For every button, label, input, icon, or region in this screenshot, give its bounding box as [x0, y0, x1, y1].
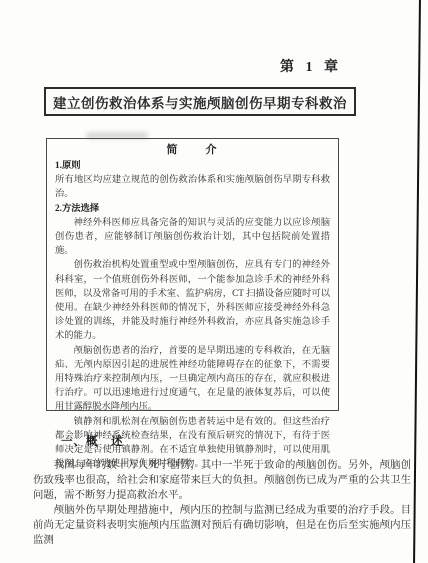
method-selection-label: 2.方法选择 [55, 202, 330, 216]
chapter-title: 建立创伤救治体系与实施颅脑创伤早期专科救治 [53, 92, 347, 112]
intro-paragraph: 神经外科医师应具备完备的知识与灵活的应变能力以应诊颅脑创伤患者，应能够制订颅脑创… [55, 216, 330, 259]
page-edge-scan-line [413, 0, 421, 563]
chapter-label: 第 1 章 [280, 56, 342, 76]
introduction-heading: 简 介 [55, 142, 330, 158]
overview-heading: 一、概 述 [61, 433, 411, 449]
chapter-title-box: 建立创伤救治体系与实施颅脑创伤早期专科救治 [44, 87, 356, 116]
principle-text: 所有地区均应建立规范的创伤救治体系和实施颅脑创伤早期专科救治。 [55, 173, 330, 201]
body-paragraph: 我国每年约数十万人死于创伤，其中一半死于致命的颅脑创伤。另外，颅脑创伤致残率也很… [33, 458, 411, 503]
intro-paragraph: 创伤救治机构处置重型或中型颅脑创伤，应具有专门的神经外科科室，一个值班创伤外科医… [55, 258, 330, 343]
principle-label: 1.原则 [55, 159, 330, 173]
body-paragraph: 颅脑外伤早期处理措施中，颅内压的控制与监测已经成为重要的治疗手段。目前尚无定量资… [33, 503, 411, 548]
intro-paragraph: 颅脑创伤患者的治疗，首要的是早期迅速的专科救治，在无脑疝、无颅内原因引起的进展性… [55, 344, 330, 415]
introduction-box: 简 介 1.原则 所有地区均应建立规范的创伤救治体系和实施颅脑创伤早期专科救治。… [46, 138, 339, 411]
scanned-book-page: 第 1 章 建立创伤救治体系与实施颅脑创伤早期专科救治 简 介 1.原则 所有地… [0, 0, 428, 563]
overview-section: 一、概 述 我国每年约数十万人死于创伤，其中一半死于致命的颅脑创伤。另外，颅脑创… [33, 433, 411, 548]
